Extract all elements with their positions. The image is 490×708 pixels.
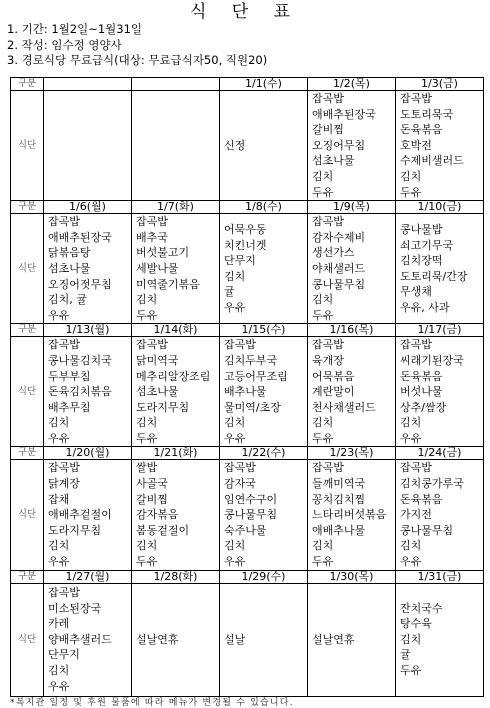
menu-item: 잡곡밥 bbox=[48, 214, 127, 230]
menu-item: 어묵우동 bbox=[224, 222, 303, 238]
menu-item: 김치 bbox=[136, 415, 215, 431]
menu-item: 김치 bbox=[224, 415, 303, 431]
date-cell: 1/31(금) bbox=[396, 570, 484, 583]
date-cell: 1/16(목) bbox=[308, 324, 396, 337]
menu-label: 식단 bbox=[11, 337, 44, 447]
date-cell: 1/8(수) bbox=[220, 201, 308, 214]
menu-item: 우유, 사과 bbox=[400, 300, 479, 316]
menu-cell: 잡곡밥감자수제비생선가스야채샐러드콩나물무침김치두유 bbox=[308, 214, 396, 324]
menu-item: 돈육볶음 bbox=[400, 369, 479, 385]
menu-item: 김치 bbox=[312, 538, 391, 554]
menu-item: 단무지 bbox=[224, 253, 303, 269]
menu-item: 고등어무조림 bbox=[224, 369, 303, 385]
menu-item: 우유 bbox=[224, 431, 303, 447]
menu-item: 천사채샐러드 bbox=[312, 400, 391, 416]
menu-item: 잡곡밥 bbox=[312, 337, 391, 353]
menu-cell: 어묵우동치킨너겟단무지김치귤우유 bbox=[220, 214, 308, 324]
menu-item: 물미역/초장 bbox=[224, 400, 303, 416]
menu-cell: 쌀밥사골국갈비찜감자볶음봄동겉절이김치두유 bbox=[132, 460, 220, 570]
info-target: 3. 경로식당 무료급식(대상: 무료급식자50, 직원20) bbox=[7, 53, 267, 68]
menu-cell: 잡곡밥씨래기된장국돈육볶음버섯나물상추/쌈장김치우유 bbox=[396, 337, 484, 447]
date-cell: 1/29(수) bbox=[220, 570, 308, 583]
date-cell: 1/13(월) bbox=[44, 324, 132, 337]
menu-item: 콩나물밥 bbox=[400, 222, 479, 238]
menu-item: 우유 bbox=[48, 431, 127, 447]
menu-item: 수제비샐러드 bbox=[400, 153, 479, 169]
menu-item: 두유 bbox=[136, 431, 215, 447]
menu-row: 식단잡곡밥닭계장잡채애배추겉절이도라지무침김치우유쌀밥사골국갈비찜감자볶음봄동겉… bbox=[11, 460, 484, 570]
menu-item: 두유 bbox=[136, 554, 215, 570]
date-cell: 1/20(월) bbox=[44, 447, 132, 460]
date-cell: 1/28(화) bbox=[132, 570, 220, 583]
menu-item: 꽁치김치찜 bbox=[312, 492, 391, 508]
menu-label: 식단 bbox=[11, 91, 44, 201]
menu-item: 우유 bbox=[48, 679, 127, 695]
date-cell: 1/21(화) bbox=[132, 447, 220, 460]
header-label: 구분 bbox=[11, 78, 44, 91]
date-cell: 1/1(수) bbox=[220, 78, 308, 91]
menu-item: 도라지무침 bbox=[48, 523, 127, 539]
menu-item: 돈육김치볶음 bbox=[48, 384, 127, 400]
menu-item: 닭미역국 bbox=[136, 353, 215, 369]
menu-cell bbox=[132, 91, 220, 201]
menu-label: 식단 bbox=[11, 214, 44, 324]
menu-item: 우유 bbox=[400, 431, 479, 447]
menu-item: 김치콩가루국 bbox=[400, 476, 479, 492]
menu-item: 도토리묵/간장 bbox=[400, 269, 479, 285]
menu-item: 호박전 bbox=[400, 138, 479, 154]
menu-item: 무생채 bbox=[400, 284, 479, 300]
menu-item: 김치 bbox=[400, 169, 479, 185]
date-cell: 1/15(수) bbox=[220, 324, 308, 337]
menu-item: 닭볶음탕 bbox=[48, 245, 127, 261]
menu-cell: 설날연휴 bbox=[308, 583, 396, 696]
info-author: 2. 작성: 임수정 영양사 bbox=[7, 38, 122, 53]
menu-item: 콩나물무침 bbox=[400, 523, 479, 539]
menu-item: 김치 bbox=[136, 538, 215, 554]
menu-cell: 잡곡밥배추국버섯불고기세발나물미역줄기볶음김치두유 bbox=[132, 214, 220, 324]
menu-item: 갈비찜 bbox=[136, 492, 215, 508]
menu-item: 상추/쌈장 bbox=[400, 400, 479, 416]
date-cell: 1/22(수) bbox=[220, 447, 308, 460]
menu-item: 오징어무침 bbox=[312, 138, 391, 154]
menu-item: 두유 bbox=[312, 308, 391, 324]
menu-item: 콩나물무침 bbox=[312, 277, 391, 293]
menu-item: 잡곡밥 bbox=[224, 337, 303, 353]
menu-item: 감자국 bbox=[224, 476, 303, 492]
menu-item: 애배추겉절이 bbox=[48, 507, 127, 523]
menu-item: 김치 bbox=[400, 632, 479, 648]
menu-item: 두유 bbox=[312, 554, 391, 570]
menu-item: 김치 bbox=[400, 415, 479, 431]
page-title: 식 단 표 bbox=[0, 2, 490, 22]
menu-item: 김치 bbox=[48, 415, 127, 431]
menu-item: 도토리묵국 bbox=[400, 107, 479, 123]
menu-cell: 잡곡밥애배추된장국닭볶음탕섬초나물오징어젓무침김치, 귤우유 bbox=[44, 214, 132, 324]
date-cell: 1/3(금) bbox=[396, 78, 484, 91]
menu-item: 단무지 bbox=[48, 647, 127, 663]
date-cell: 1/27(월) bbox=[44, 570, 132, 583]
menu-item: 콩나물무침 bbox=[224, 507, 303, 523]
menu-item: 김치 bbox=[312, 292, 391, 308]
menu-item: 우유 bbox=[48, 554, 127, 570]
menu-item: 애배추된장국 bbox=[312, 107, 391, 123]
menu-cell: 신정 bbox=[220, 91, 308, 201]
menu-item: 탕수육 bbox=[400, 616, 479, 632]
menu-item: 우유 bbox=[224, 554, 303, 570]
menu-item: 김치 bbox=[48, 538, 127, 554]
menu-item: 설날연휴 bbox=[312, 632, 391, 648]
menu-item: 잡곡밥 bbox=[400, 460, 479, 476]
menu-item: 김치장떡 bbox=[400, 253, 479, 269]
menu-cell: 잡곡밥김치두부국고등어무조림배추나물물미역/초장김치우유 bbox=[220, 337, 308, 447]
menu-item: 잡곡밥 bbox=[400, 91, 479, 107]
menu-item: 계란말이 bbox=[312, 384, 391, 400]
menu-item: 김치 bbox=[224, 269, 303, 285]
menu-item: 우유 bbox=[224, 300, 303, 316]
menu-item: 버섯나물 bbox=[400, 384, 479, 400]
footnote: *복지관 일정 및 후원 물품에 따라 메뉴가 변경될 수 있습니다. bbox=[10, 695, 294, 708]
menu-item: 잡곡밥 bbox=[136, 214, 215, 230]
menu-item: 두부부침 bbox=[48, 369, 127, 385]
menu-cell: 잡곡밥김치콩가루국돈육볶음가지전콩나물무침김치우유 bbox=[396, 460, 484, 570]
menu-item: 봄동겉절이 bbox=[136, 523, 215, 539]
header-label: 구분 bbox=[11, 201, 44, 214]
menu-item: 두유 bbox=[136, 308, 215, 324]
date-header-row: 구분1/1(수)1/2(목)1/3(금) bbox=[11, 78, 484, 91]
menu-cell: 잡곡밥닭계장잡채애배추겉절이도라지무침김치우유 bbox=[44, 460, 132, 570]
header-label: 구분 bbox=[11, 570, 44, 583]
menu-item: 씨래기된장국 bbox=[400, 353, 479, 369]
menu-item: 카레 bbox=[48, 616, 127, 632]
menu-item: 콩나물김치국 bbox=[48, 353, 127, 369]
menu-item: 우유 bbox=[400, 554, 479, 570]
date-cell: 1/14(화) bbox=[132, 324, 220, 337]
date-header-row: 구분1/6(월)1/7(화)1/8(수)1/9(목)1/10(금) bbox=[11, 201, 484, 214]
menu-item: 배추무침 bbox=[48, 400, 127, 416]
menu-item: 섬초나물 bbox=[136, 384, 215, 400]
menu-item: 버섯불고기 bbox=[136, 245, 215, 261]
menu-item: 갈비찜 bbox=[312, 122, 391, 138]
menu-cell: 잡곡밥감자국임연수구이콩나물무침숙주나물김치우유 bbox=[220, 460, 308, 570]
menu-item: 쌀밥 bbox=[136, 460, 215, 476]
date-cell bbox=[132, 78, 220, 91]
menu-item: 섬초나물 bbox=[48, 261, 127, 277]
menu-item: 닭계장 bbox=[48, 476, 127, 492]
menu-cell: 잡곡밥미소된장국카레양배추샐러드단무지김치우유 bbox=[44, 583, 132, 696]
menu-item: 임연수구이 bbox=[224, 492, 303, 508]
menu-row: 식단잡곡밥애배추된장국닭볶음탕섬초나물오징어젓무침김치, 귤우유잡곡밥배추국버섯… bbox=[11, 214, 484, 324]
menu-item: 설날 bbox=[224, 632, 303, 648]
menu-cell: 잡곡밥애배추된장국갈비찜오징어무침섬초나물김치두유 bbox=[308, 91, 396, 201]
menu-cell: 잡곡밥닭미역국메추리알장조림섬초나물도라지무침김치두유 bbox=[132, 337, 220, 447]
menu-item: 김치 bbox=[400, 538, 479, 554]
menu-row: 식단신정잡곡밥애배추된장국갈비찜오징어무침섬초나물김치두유잡곡밥도토리묵국돈육볶… bbox=[11, 91, 484, 201]
date-header-row: 구분1/27(월)1/28(화)1/29(수)1/30(목)1/31(금) bbox=[11, 570, 484, 583]
menu-item: 생선가스 bbox=[312, 245, 391, 261]
menu-item: 잡곡밥 bbox=[400, 337, 479, 353]
menu-item: 치킨너겟 bbox=[224, 238, 303, 254]
menu-item: 느타리버섯볶음 bbox=[312, 507, 391, 523]
date-header-row: 구분1/13(월)1/14(화)1/15(수)1/16(목)1/17(금) bbox=[11, 324, 484, 337]
menu-item: 잡곡밥 bbox=[312, 91, 391, 107]
date-cell: 1/9(목) bbox=[308, 201, 396, 214]
menu-cell: 잔치국수탕수육김치귤두유 bbox=[396, 583, 484, 696]
menu-cell: 잡곡밥콩나물김치국두부부침돈육김치볶음배추무침김치우유 bbox=[44, 337, 132, 447]
menu-item: 애배추된장국 bbox=[48, 230, 127, 246]
date-cell: 1/6(월) bbox=[44, 201, 132, 214]
menu-item: 메추리알장조림 bbox=[136, 369, 215, 385]
menu-cell: 콩나물밥쇠고기무국김치장떡도토리묵/간장무생채우유, 사과 bbox=[396, 214, 484, 324]
menu-row: 식단잡곡밥콩나물김치국두부부침돈육김치볶음배추무침김치우유잡곡밥닭미역국메추리알… bbox=[11, 337, 484, 447]
menu-item: 배추나물 bbox=[224, 384, 303, 400]
date-cell: 1/23(목) bbox=[308, 447, 396, 460]
menu-item: 가지전 bbox=[400, 507, 479, 523]
menu-table: 구분1/1(수)1/2(목)1/3(금)식단신정잡곡밥애배추된장국갈비찜오징어무… bbox=[10, 77, 484, 697]
info-period: 1. 기간: 1월2일~1월31일 bbox=[7, 22, 142, 37]
date-cell: 1/17(금) bbox=[396, 324, 484, 337]
menu-label: 식단 bbox=[11, 583, 44, 696]
menu-item: 감자수제비 bbox=[312, 230, 391, 246]
menu-item: 양배추샐러드 bbox=[48, 632, 127, 648]
menu-item: 귤 bbox=[400, 647, 479, 663]
menu-item: 잡곡밥 bbox=[136, 337, 215, 353]
menu-item: 애배추나물 bbox=[312, 523, 391, 539]
menu-item: 김치 bbox=[48, 663, 127, 679]
menu-item: 귤 bbox=[224, 284, 303, 300]
date-cell bbox=[44, 78, 132, 91]
menu-item: 김치, 귤 bbox=[48, 292, 127, 308]
menu-item: 신정 bbox=[224, 138, 303, 154]
menu-item: 잡곡밥 bbox=[312, 214, 391, 230]
menu-item: 쇠고기무국 bbox=[400, 238, 479, 254]
date-cell: 1/24(금) bbox=[396, 447, 484, 460]
menu-item: 숙주나물 bbox=[224, 523, 303, 539]
menu-item: 김치 bbox=[312, 169, 391, 185]
menu-item: 김치 bbox=[224, 538, 303, 554]
menu-item: 두유 bbox=[400, 663, 479, 679]
date-cell: 1/10(금) bbox=[396, 201, 484, 214]
date-cell: 1/7(화) bbox=[132, 201, 220, 214]
menu-item: 잡곡밥 bbox=[48, 337, 127, 353]
menu-item: 돈육볶음 bbox=[400, 492, 479, 508]
header-label: 구분 bbox=[11, 324, 44, 337]
menu-item: 미소된장국 bbox=[48, 601, 127, 617]
menu-item: 세발나물 bbox=[136, 261, 215, 277]
menu-item: 두유 bbox=[312, 431, 391, 447]
header-label: 구분 bbox=[11, 447, 44, 460]
menu-item: 김치 bbox=[136, 292, 215, 308]
menu-cell: 잡곡밥들깨미역국꽁치김치찜느타리버섯볶음애배추나물김치두유 bbox=[308, 460, 396, 570]
menu-item: 잔치국수 bbox=[400, 601, 479, 617]
menu-item: 배추국 bbox=[136, 230, 215, 246]
menu-item: 사골국 bbox=[136, 476, 215, 492]
menu-item: 김치 bbox=[312, 415, 391, 431]
menu-item: 잡곡밥 bbox=[224, 460, 303, 476]
menu-cell: 설날 bbox=[220, 583, 308, 696]
menu-cell: 설날연휴 bbox=[132, 583, 220, 696]
menu-item: 야채샐러드 bbox=[312, 261, 391, 277]
menu-item: 들깨미역국 bbox=[312, 476, 391, 492]
menu-item: 설날연휴 bbox=[136, 632, 215, 648]
menu-item: 오징어젓무침 bbox=[48, 277, 127, 293]
date-cell: 1/30(목) bbox=[308, 570, 396, 583]
date-cell: 1/2(목) bbox=[308, 78, 396, 91]
menu-row: 식단잡곡밥미소된장국카레양배추샐러드단무지김치우유설날연휴설날설날연휴잔치국수탕… bbox=[11, 583, 484, 696]
menu-item: 도라지무침 bbox=[136, 400, 215, 416]
menu-cell bbox=[44, 91, 132, 201]
menu-item: 잡곡밥 bbox=[48, 460, 127, 476]
menu-cell: 잡곡밥도토리묵국돈육볶음호박전수제비샐러드김치두유 bbox=[396, 91, 484, 201]
menu-item: 돈육볶음 bbox=[400, 122, 479, 138]
menu-item: 잡채 bbox=[48, 492, 127, 508]
menu-label: 식단 bbox=[11, 460, 44, 570]
menu-item: 어묵볶음 bbox=[312, 369, 391, 385]
menu-item: 우유 bbox=[48, 308, 127, 324]
menu-item: 감자볶음 bbox=[136, 507, 215, 523]
menu-item: 잡곡밥 bbox=[48, 585, 127, 601]
menu-item: 미역줄기볶음 bbox=[136, 277, 215, 293]
menu-item: 섬초나물 bbox=[312, 153, 391, 169]
menu-item: 김치두부국 bbox=[224, 353, 303, 369]
menu-item: 두유 bbox=[400, 185, 479, 201]
menu-cell: 잡곡밥육개장어묵볶음계란말이천사채샐러드김치두유 bbox=[308, 337, 396, 447]
date-header-row: 구분1/20(월)1/21(화)1/22(수)1/23(목)1/24(금) bbox=[11, 447, 484, 460]
menu-item: 잡곡밥 bbox=[312, 460, 391, 476]
menu-item: 두유 bbox=[312, 185, 391, 201]
menu-item: 육개장 bbox=[312, 353, 391, 369]
